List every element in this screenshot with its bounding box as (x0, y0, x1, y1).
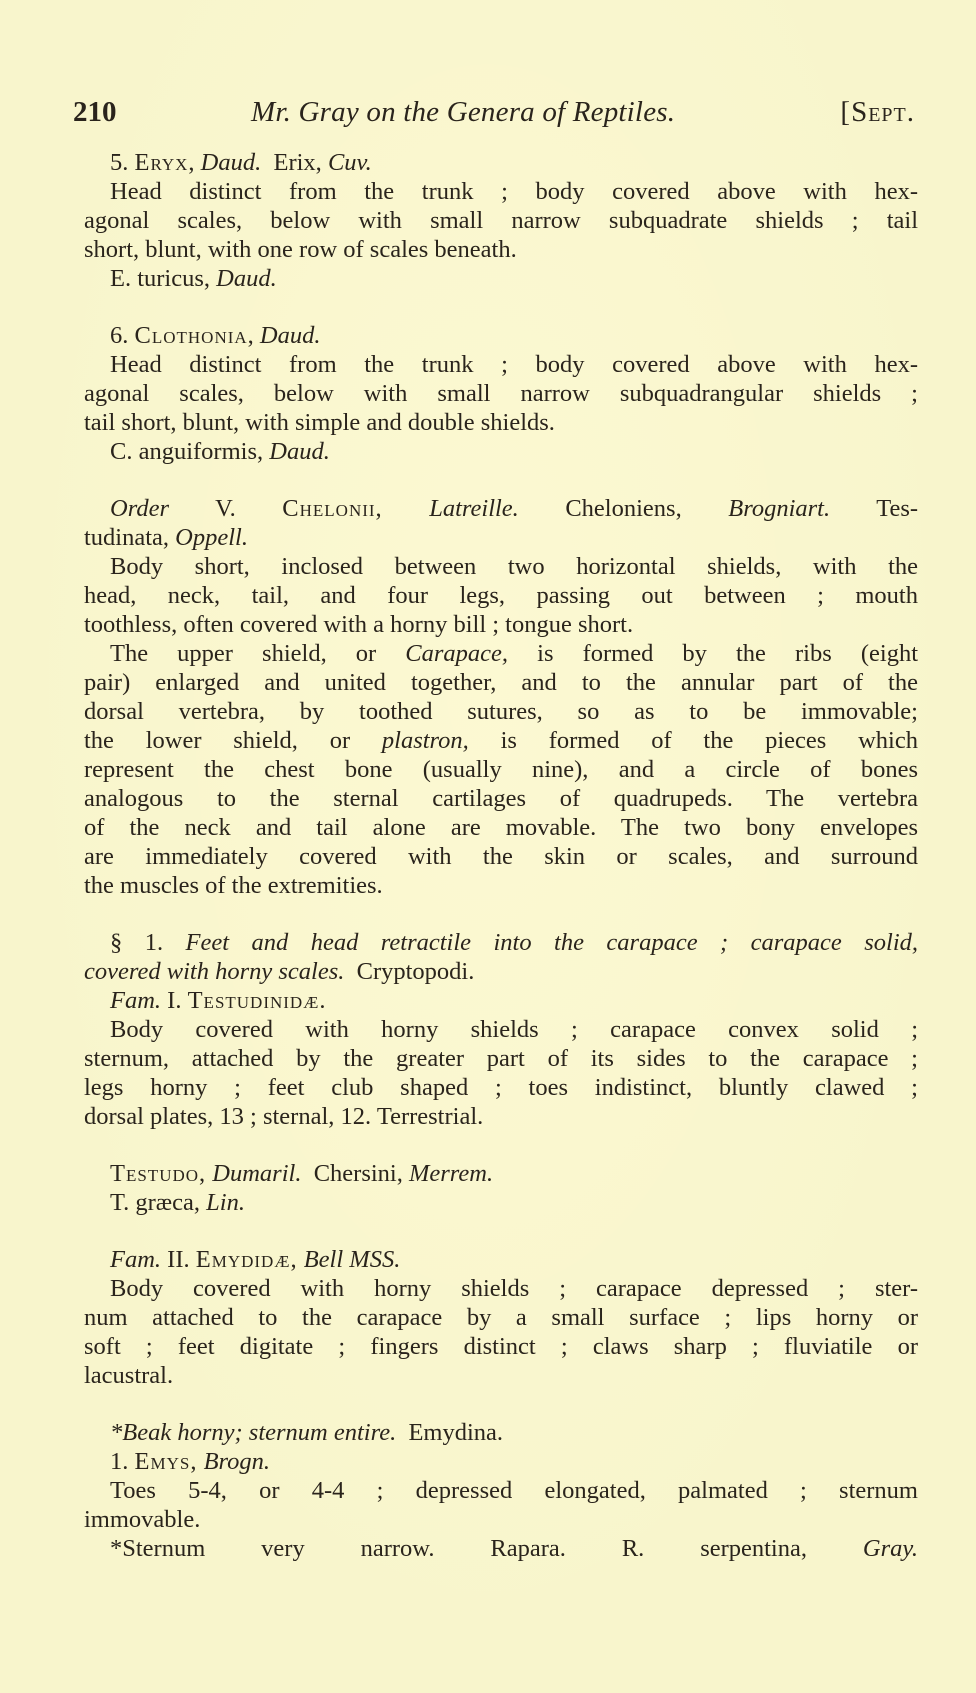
family-heading: Fam. I. Testudinidæ. (84, 986, 918, 1015)
description-line: *Sternum very narrow. Rapara. R. serpent… (84, 1534, 918, 1563)
genus-author: Daud. (201, 149, 262, 176)
description-line: immovable. (84, 1505, 918, 1534)
family-testudinidae: Fam. I. Testudinidæ. Body covered with h… (84, 986, 918, 1217)
description-line: dorsal vertebra, by toothed sutures, so … (84, 697, 918, 726)
family-label: Fam. (110, 1246, 161, 1273)
species-line: E. turicus, Daud. (84, 264, 918, 293)
genus-synonym: Chersini, (314, 1160, 403, 1187)
subgroup-heading: *Beak horny; sternum entire. Emydina. (84, 1418, 918, 1447)
term-carapace: Carapace, (405, 640, 508, 667)
genus-author: Daud. (260, 322, 321, 349)
order-heading: Order V. Chelonii, Latreille. Cheloniens… (84, 494, 918, 523)
description-line: analogous to the sternal cartilages of q… (84, 784, 918, 813)
order-synonym: Cheloniens, (565, 495, 681, 522)
section-group-name: Cryptopodi. (357, 958, 475, 985)
description-line: are immediately covered with the skin or… (84, 842, 918, 871)
genus-heading: Testudo, Dumaril. Chersini, Merrem. (84, 1159, 918, 1188)
genus-entry-clothonia: 6. Clothonia, Daud. Head distinct from t… (84, 321, 918, 466)
family-name: Testudinidæ. (188, 987, 327, 1014)
description-line: soft ; feet digitate ; fingers distinct … (84, 1332, 918, 1361)
genus-heading: 1. Emys, Brogn. (84, 1447, 918, 1476)
description-line: Head distinct from the trunk ; body cove… (84, 350, 918, 379)
genus-author: Dumaril. (212, 1160, 301, 1187)
order-synonym-2-author: Oppell. (175, 524, 248, 551)
order-name: Chelonii, (282, 495, 382, 522)
order-heading-cont: tudinata, Oppell. (84, 523, 918, 552)
description-line: the muscles of the extremities. (84, 871, 918, 900)
family-author: Bell MSS. (304, 1246, 401, 1273)
genus-author: Brogn. (204, 1448, 270, 1475)
order-number: V. (215, 495, 236, 522)
description-line: pair) enlarged and united together, and … (84, 668, 918, 697)
species-author: Daud. (216, 265, 277, 292)
description-line: head, neck, tail, and four legs, passing… (84, 581, 918, 610)
species-line: T. græca, Lin. (84, 1188, 918, 1217)
description-line: of the neck and tail alone are movable. … (84, 813, 918, 842)
description-line: Body covered with horny shields ; carapa… (84, 1274, 918, 1303)
genus-heading: 6. Clothonia, Daud. (84, 321, 918, 350)
description-line: lacustral. (84, 1361, 918, 1390)
species-name: E. turicus, (110, 265, 210, 292)
text-run: is formed of the pieces which (501, 727, 918, 754)
family-number: II. (167, 1246, 189, 1273)
species-name: C. anguiformis, (110, 438, 263, 465)
description-line: tail short, blunt, with simple and doubl… (84, 408, 918, 437)
synonym-author: Cuv. (328, 149, 372, 176)
family-number: I. (167, 987, 181, 1014)
page-number: 210 (73, 92, 117, 132)
description-line: sternum, attached by the greater part of… (84, 1044, 918, 1073)
family-name: Emydidæ, (196, 1246, 298, 1273)
family-label: Fam. (110, 987, 161, 1014)
description-line: agonal scales, below with small narrow s… (84, 379, 918, 408)
section-description: Feet and head retractile into the carapa… (186, 929, 918, 956)
description-line: agonal scales, below with small narrow s… (84, 206, 918, 235)
description-line: Body short, inclosed between two horizon… (84, 552, 918, 581)
genus-name: Eryx (135, 149, 189, 176)
body-text: 5. Eryx, Daud. Erix, Cuv. Head distinct … (84, 148, 918, 1563)
species-name: R. serpentina, (622, 1535, 807, 1562)
species-author: Lin. (206, 1189, 245, 1216)
description-line: legs horny ; feet club shaped ; toes ind… (84, 1073, 918, 1102)
description-line: toothless, often covered with a horny bi… (84, 610, 918, 639)
synonym-author: Merrem. (409, 1160, 493, 1187)
species-author: Gray. (863, 1535, 918, 1562)
running-date: [Sept. (840, 92, 915, 132)
page-header: 210 Mr. Gray on the Genera of Reptiles. … (73, 92, 915, 132)
entry-number: 6. (110, 322, 128, 349)
description-line: short, blunt, with one row of scales ben… (84, 235, 918, 264)
text-run: the lower shield, or (84, 727, 350, 754)
section-description: covered with horny scales. (84, 958, 344, 985)
description-line: represent the chest bone (usually nine),… (84, 755, 918, 784)
section-heading: § 1. Feet and head retractile into the c… (84, 928, 918, 957)
text-run: *Sternum very narrow. (110, 1535, 435, 1562)
section-mark: § 1. (110, 929, 163, 956)
genus-synonym: Erix, (274, 149, 322, 176)
section-heading-cont: covered with horny scales. Cryptopodi. (84, 957, 918, 986)
description-line: dorsal plates, 13 ; sternal, 12. Terrest… (84, 1102, 918, 1131)
description-line: Body covered with horny shields ; carapa… (84, 1015, 918, 1044)
genus-entry-eryx: 5. Eryx, Daud. Erix, Cuv. Head distinct … (84, 148, 918, 293)
family-emydidae: Fam. II. Emydidæ, Bell MSS. Body covered… (84, 1245, 918, 1563)
family-heading: Fam. II. Emydidæ, Bell MSS. (84, 1245, 918, 1274)
species-line: C. anguiformis, Daud. (84, 437, 918, 466)
subgroup-description: *Beak horny; sternum entire. (110, 1419, 396, 1446)
order-synonym-author: Brogniart. (728, 495, 830, 522)
order-synonym-2: Tes- (876, 495, 918, 522)
text-run: The upper shield, or (110, 640, 376, 667)
book-page: 210 Mr. Gray on the Genera of Reptiles. … (0, 0, 976, 1693)
genus-name: Emys, (135, 1448, 198, 1475)
order-author: Latreille. (429, 495, 519, 522)
text-run: is formed by the ribs (eight (537, 640, 918, 667)
description-line: Toes 5-4, or 4-4 ; depressed elongated, … (84, 1476, 918, 1505)
species-author: Daud. (269, 438, 330, 465)
term-plastron: plastron, (382, 727, 469, 754)
entry-number: 1. (110, 1448, 128, 1475)
description-line: the lower shield, or plastron, is formed… (84, 726, 918, 755)
order-label: Order (110, 495, 169, 522)
genus-name: Testudo, (110, 1160, 206, 1187)
order-synonym-2-end: tudinata, (84, 524, 169, 551)
subgroup-name: Emydina. (408, 1419, 503, 1446)
running-title: Mr. Gray on the Genera of Reptiles. (251, 92, 675, 132)
description-line: num attached to the carapace by a small … (84, 1303, 918, 1332)
section-1: § 1. Feet and head retractile into the c… (84, 928, 918, 986)
species-name: T. græca, (110, 1189, 200, 1216)
genus-name: Clothonia (135, 322, 248, 349)
description-line: Head distinct from the trunk ; body cove… (84, 177, 918, 206)
entry-number: 5. (110, 149, 128, 176)
genus-heading: 5. Eryx, Daud. Erix, Cuv. (84, 148, 918, 177)
subgenus-name: Rapara. (490, 1535, 566, 1562)
description-line: The upper shield, or Carapace, is formed… (84, 639, 918, 668)
order-entry-chelonii: Order V. Chelonii, Latreille. Cheloniens… (84, 494, 918, 900)
